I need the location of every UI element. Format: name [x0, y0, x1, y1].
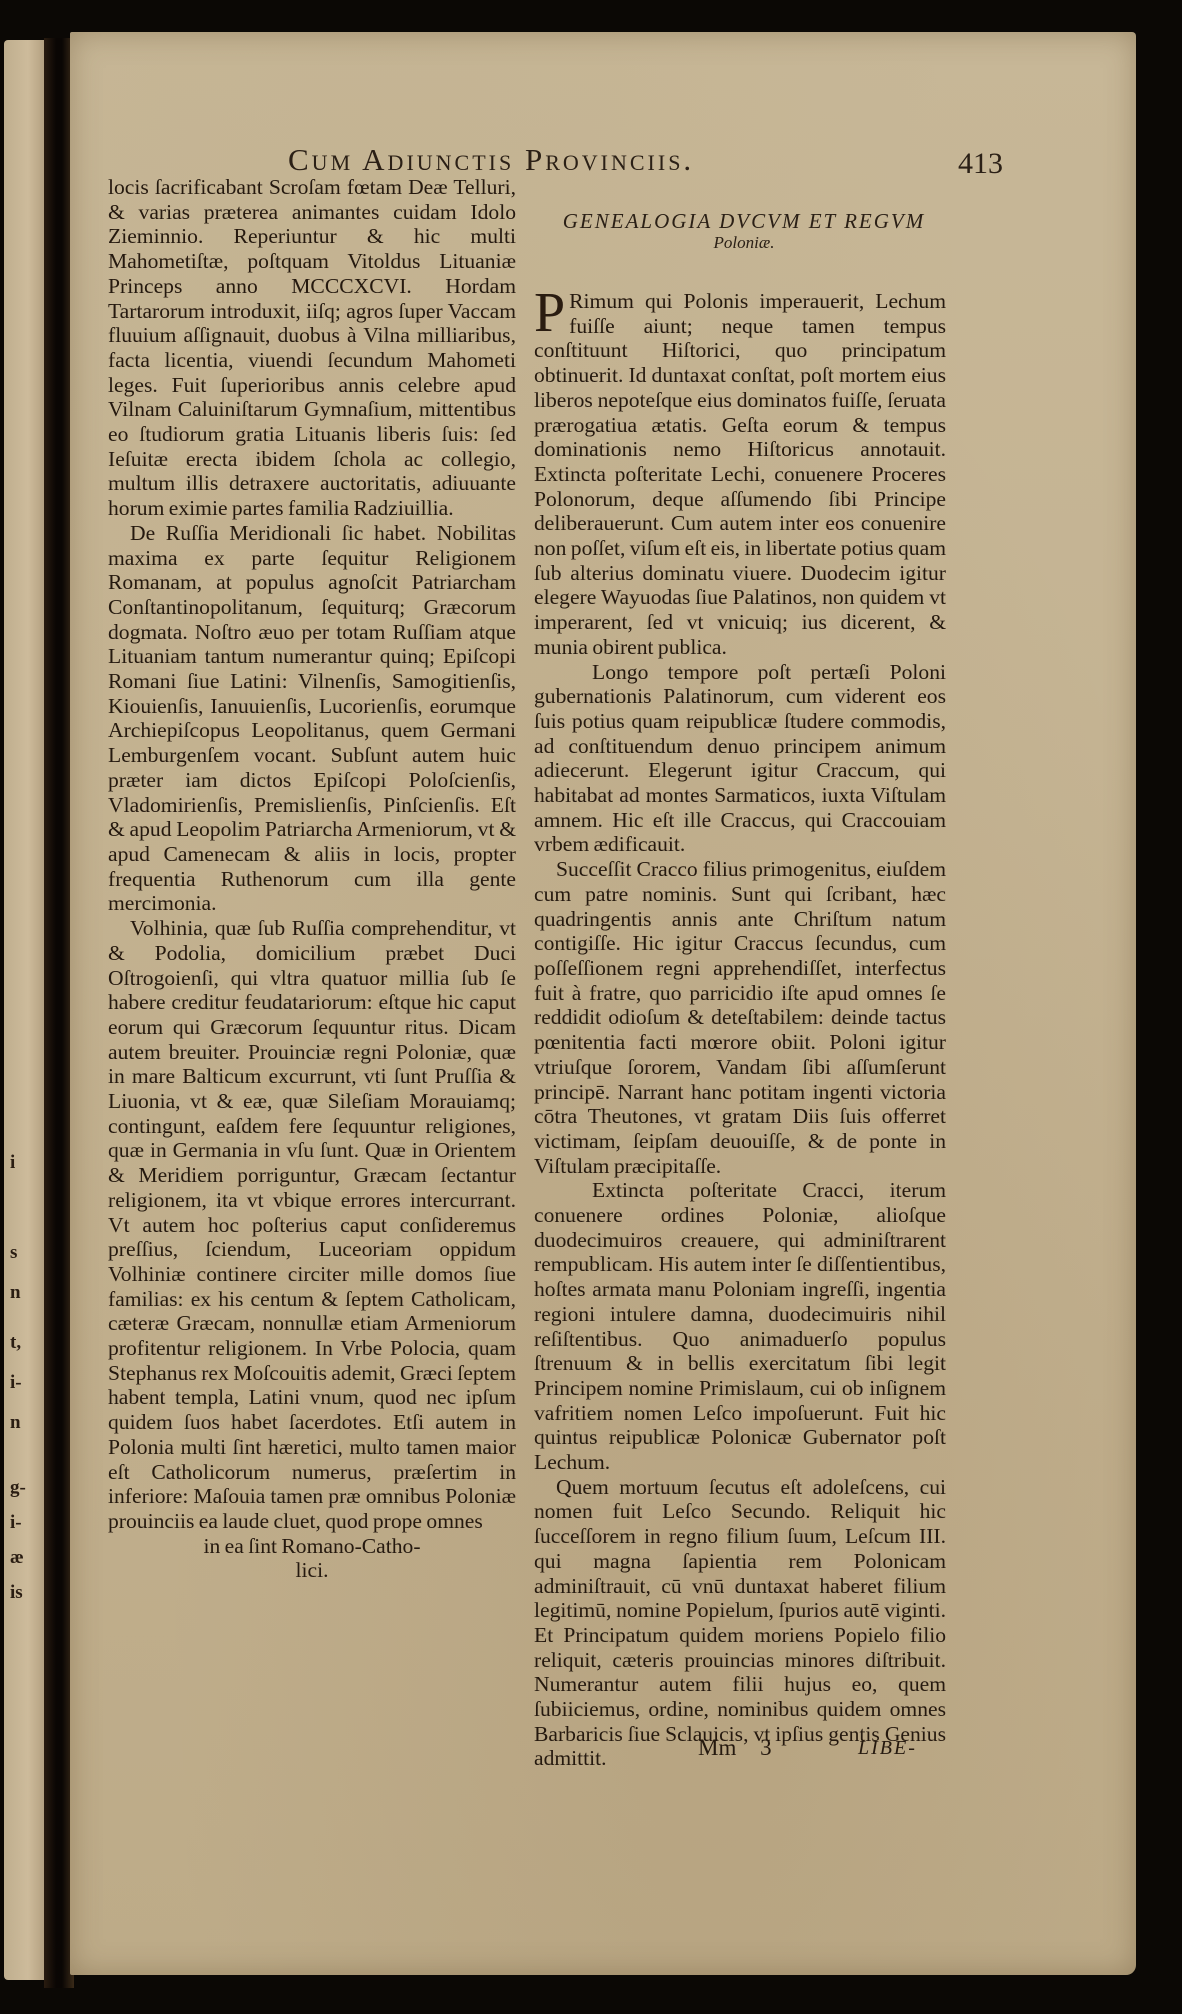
paragraph: Volhinia, quæ ſub Ruſſia comprehenditur,… [108, 916, 516, 1534]
paragraph: locis ſacrificabant Scroſam fœtam Deæ Te… [108, 175, 516, 521]
section-title: GENEALOGIA DVCVM ET REGVM Poloniæ. [546, 210, 942, 254]
facing-page-fragment: i- [10, 1370, 22, 1396]
facing-page-fragment: t, [10, 1330, 21, 1356]
facing-page-fragment: is [10, 1580, 23, 1606]
section-title-main: GENEALOGIA DVCVM ET REGVM [563, 209, 925, 233]
page-number: 413 [958, 147, 1003, 181]
section-title-sub: Poloniæ. [546, 232, 942, 254]
paragraph: Succeſſit Cracco filius primogenitus, ei… [534, 857, 946, 1178]
paragraph: De Ruſſia Meridionali ſic habet. Nobilit… [108, 521, 516, 916]
facing-page-fragment: s [10, 1240, 17, 1266]
facing-page-fragment: æ [10, 1545, 24, 1571]
signature-mark: Mm 3 [698, 1735, 772, 1761]
paragraph: Extincta poſteritate Cracci, iterum conu… [534, 1178, 946, 1474]
left-column: locis ſacrificabant Scroſam fœtam Deæ Te… [108, 175, 516, 1583]
facing-page-fragment: n [10, 1410, 21, 1436]
right-column: P Rimum qui Polonis imperauerit, Lechum … [534, 289, 946, 1771]
book-page: Cum Adiunctis Provinciis. 413 locis ſacr… [70, 32, 1136, 1975]
facing-page-fragment: i [10, 1150, 15, 1176]
paragraph: P Rimum qui Polonis imperauerit, Lechum … [534, 289, 946, 660]
facing-page-fragment: g- [10, 1475, 26, 1501]
catchword: LIBE- [858, 1737, 917, 1760]
paragraph-tail: in ea ſint Romano-Catho- [108, 1534, 516, 1559]
drop-cap: P [534, 291, 565, 335]
paragraph: Quem mortuum ſecutus eſt adoleſcens, cui… [534, 1475, 946, 1771]
paragraph: Longo tempore poſt pertæſi Poloni gubern… [534, 660, 946, 858]
running-head: Cum Adiunctis Provinciis. [288, 142, 694, 178]
facing-page-fragment: n [10, 1280, 21, 1306]
paragraph-text: Rimum qui Polonis imperauerit, Lechum fu… [534, 289, 946, 659]
paragraph-tail: lici. [108, 1558, 516, 1583]
facing-page-fragment: i- [10, 1510, 22, 1536]
